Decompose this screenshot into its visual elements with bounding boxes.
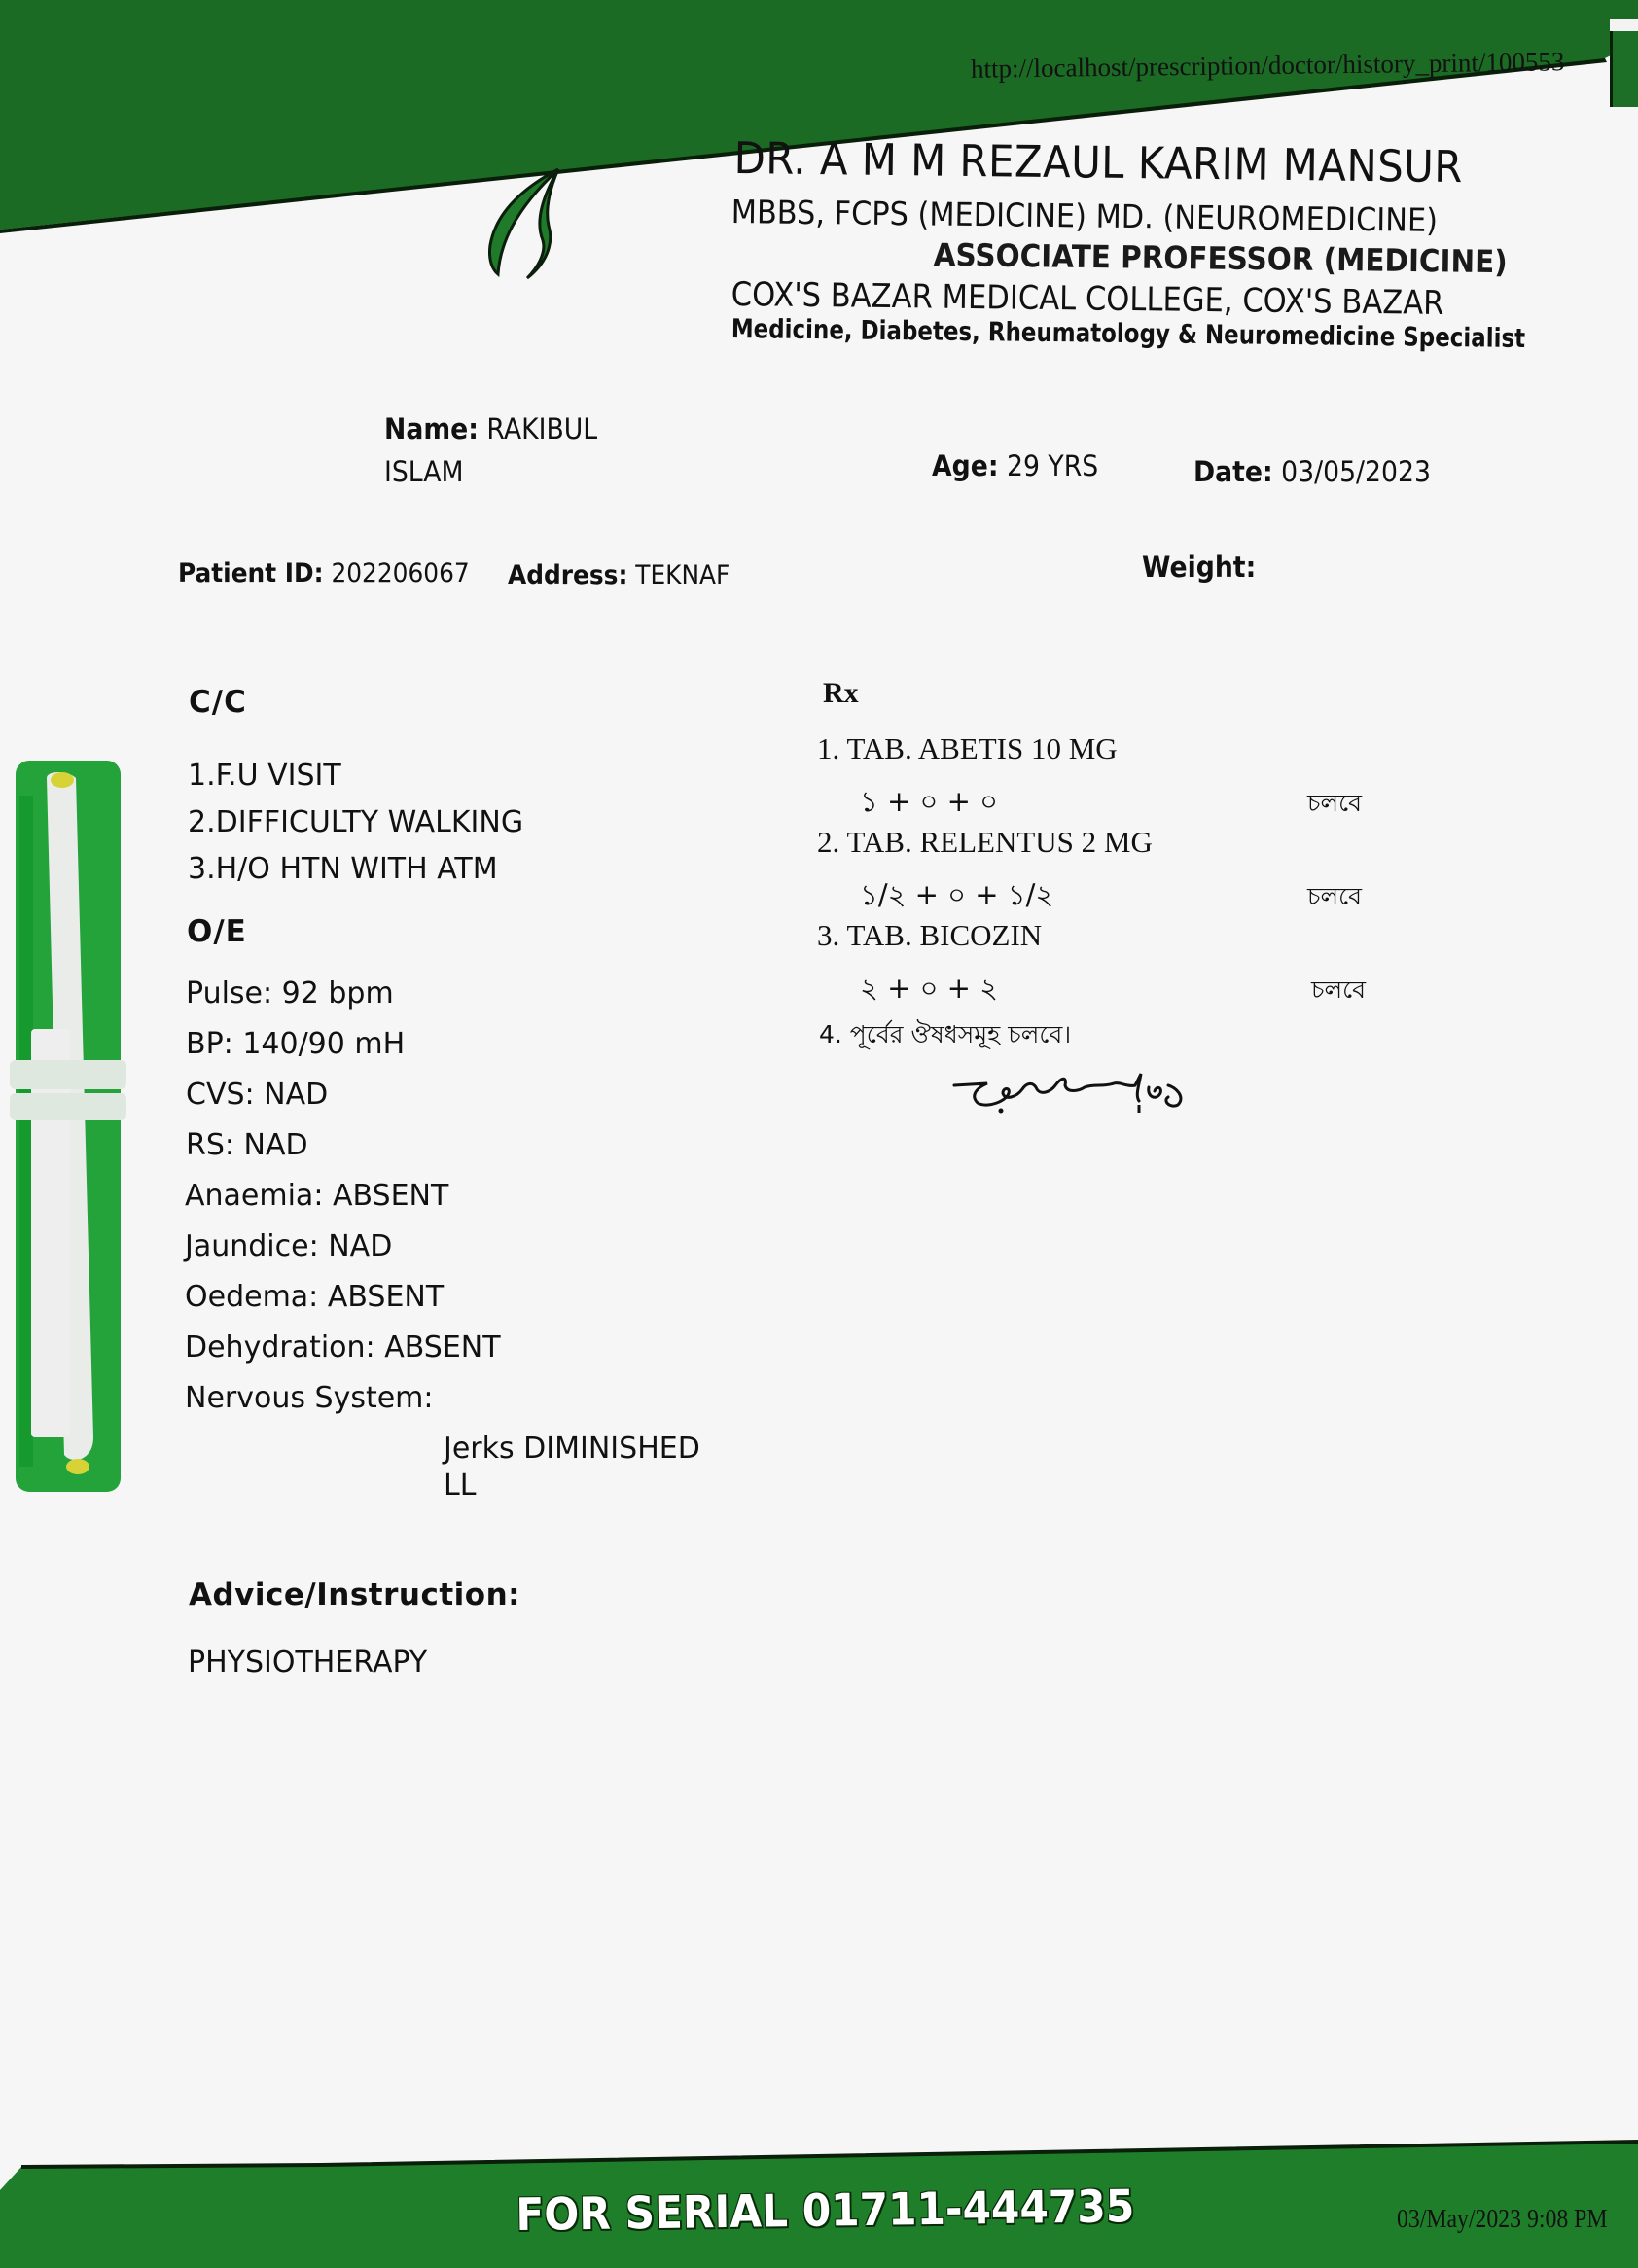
rx-dose: ২ + ০ + ২ — [860, 967, 998, 1014]
oe-item-dehydration: Dehydration: ABSENT — [185, 1330, 501, 1364]
oe-heading: O/E — [187, 914, 247, 949]
oe-item-rs: RS: NAD — [186, 1128, 308, 1162]
rx-duration: চলবে — [1307, 784, 1362, 826]
rx-medicine: 2. TAB. RELENTUS 2 MG — [817, 825, 1153, 860]
doctor-designation: ASSOCIATE PROFESSOR (MEDICINE) — [934, 236, 1508, 280]
age-label: Age: — [932, 449, 999, 482]
patient-id-value: 202206067 — [331, 558, 469, 588]
oe-item-nervous-system: Nervous System: — [185, 1381, 434, 1415]
patient-id-label: Patient ID: — [178, 558, 324, 588]
patient-id: Patient ID: 202206067 — [178, 558, 470, 588]
leaf-icon — [486, 167, 564, 280]
patient-address: Address: TEKNAF — [508, 560, 730, 590]
signature-icon — [948, 1058, 1196, 1116]
cc-item: 1.F.U VISIT — [188, 759, 341, 793]
rx-medicine: 1. TAB. ABETIS 10 MG — [817, 731, 1118, 766]
date-value: 03/05/2023 — [1281, 455, 1431, 488]
oe-item-cvs: CVS: NAD — [186, 1078, 328, 1112]
rx-dose: ১/২ + ০ + ১/২ — [860, 873, 1053, 921]
oe-item-oedema: Oedema: ABSENT — [185, 1280, 444, 1314]
name-value-line2: ISLAM — [384, 455, 464, 488]
print-timestamp: 03/May/2023 9:08 PM — [1397, 2204, 1608, 2234]
rx-medicine: 3. TAB. BICOZIN — [817, 918, 1042, 953]
oe-item-pulse: Pulse: 92 bpm — [186, 976, 394, 1010]
file-fastener — [10, 757, 128, 1496]
date-label: Date: — [1193, 455, 1273, 488]
cc-heading: C/C — [189, 685, 247, 720]
oe-item-jaundice: Jaundice: NAD — [185, 1229, 392, 1263]
rx-dose: ১ + ০ + ০ — [860, 780, 998, 828]
age-value: 29 YRS — [1007, 449, 1098, 482]
name-value-line1: RAKIBUL — [486, 412, 597, 445]
nervous-detail-cont: LL — [444, 1469, 476, 1503]
rx-duration: চলবে — [1307, 877, 1362, 919]
patient-age: Age: 29 YRS — [932, 449, 1098, 482]
patient-weight: Weight: — [1142, 550, 1256, 584]
address-label: Address: — [508, 560, 627, 590]
address-value: TEKNAF — [635, 560, 730, 590]
nervous-detail: Jerks DIMINISHED — [444, 1432, 700, 1466]
cc-item: 2.DIFFICULTY WALKING — [188, 805, 523, 839]
doctor-name: DR. A M M REZAUL KARIM MANSUR — [733, 132, 1463, 193]
rx-duration: চলবে — [1311, 971, 1366, 1012]
oe-item-anaemia: Anaemia: ABSENT — [185, 1179, 448, 1213]
serial-phone: FOR SERIAL 01711-444735 — [516, 2179, 1135, 2241]
visit-date: Date: 03/05/2023 — [1193, 455, 1431, 488]
weight-label: Weight: — [1142, 550, 1256, 584]
rx-heading: Rx — [823, 677, 859, 710]
name-label: Name: — [384, 412, 479, 445]
advice-text: PHYSIOTHERAPY — [188, 1646, 427, 1680]
oe-item-bp: BP: 140/90 mH — [186, 1027, 405, 1061]
patient-name: Name: RAKIBUL — [384, 412, 597, 445]
advice-heading: Advice/Instruction: — [189, 1577, 520, 1612]
rx-note: 4. পূর্বের ঔষধসমূহ চলবে। — [819, 1015, 1071, 1057]
cc-item: 3.H/O HTN WITH ATM — [188, 852, 498, 886]
